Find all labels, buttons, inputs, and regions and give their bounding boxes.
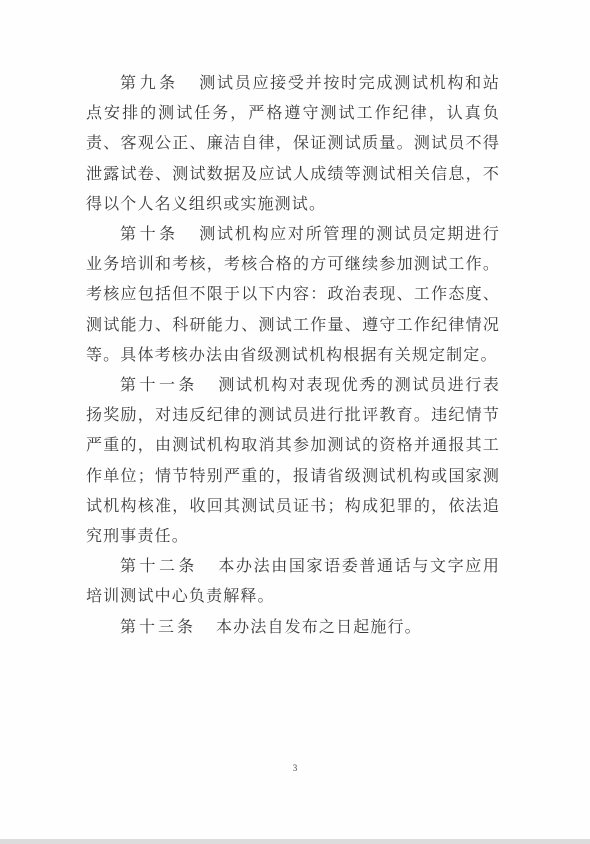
article-text: 测试员应接受并按时完成测试机构和站点安排的测试任务，严格遵守测试工作纪律，认真负…: [86, 73, 500, 213]
article-13: 第十三条本办法自发布之日起施行。: [86, 612, 500, 642]
article-10: 第十条测试机构应对所管理的测试员定期进行业务培训和考核，考核合格的方可继续参加测…: [86, 219, 500, 370]
article-text: 测试机构对表现优秀的测试员进行表扬奖励，对违反纪律的测试员进行批评教育。违纪情节…: [86, 375, 500, 545]
article-text: 本办法自发布之日起施行。: [216, 617, 422, 636]
viewer-bottom-edge: [0, 839, 590, 844]
article-number: 第十二条: [120, 556, 198, 575]
document-page: 第九条测试员应接受并按时完成测试机构和站点安排的测试任务，严格遵守测试工作纪律，…: [0, 0, 590, 839]
article-9: 第九条测试员应接受并按时完成测试机构和站点安排的测试任务，严格遵守测试工作纪律，…: [86, 68, 500, 219]
article-number: 第十一条: [120, 375, 198, 394]
article-number: 第十条: [120, 224, 179, 243]
page-number: 3: [0, 763, 590, 773]
document-body: 第九条测试员应接受并按时完成测试机构和站点安排的测试任务，严格遵守测试工作纪律，…: [86, 68, 500, 642]
article-number: 第九条: [120, 73, 179, 92]
article-12: 第十二条本办法由国家语委普通话与文字应用培训测试中心负责解释。: [86, 551, 500, 611]
article-11: 第十一条测试机构对表现优秀的测试员进行表扬奖励，对违反纪律的测试员进行批评教育。…: [86, 370, 500, 551]
article-text: 测试机构应对所管理的测试员定期进行业务培训和考核，考核合格的方可继续参加测试工作…: [86, 224, 500, 364]
article-number: 第十三条: [120, 617, 196, 636]
